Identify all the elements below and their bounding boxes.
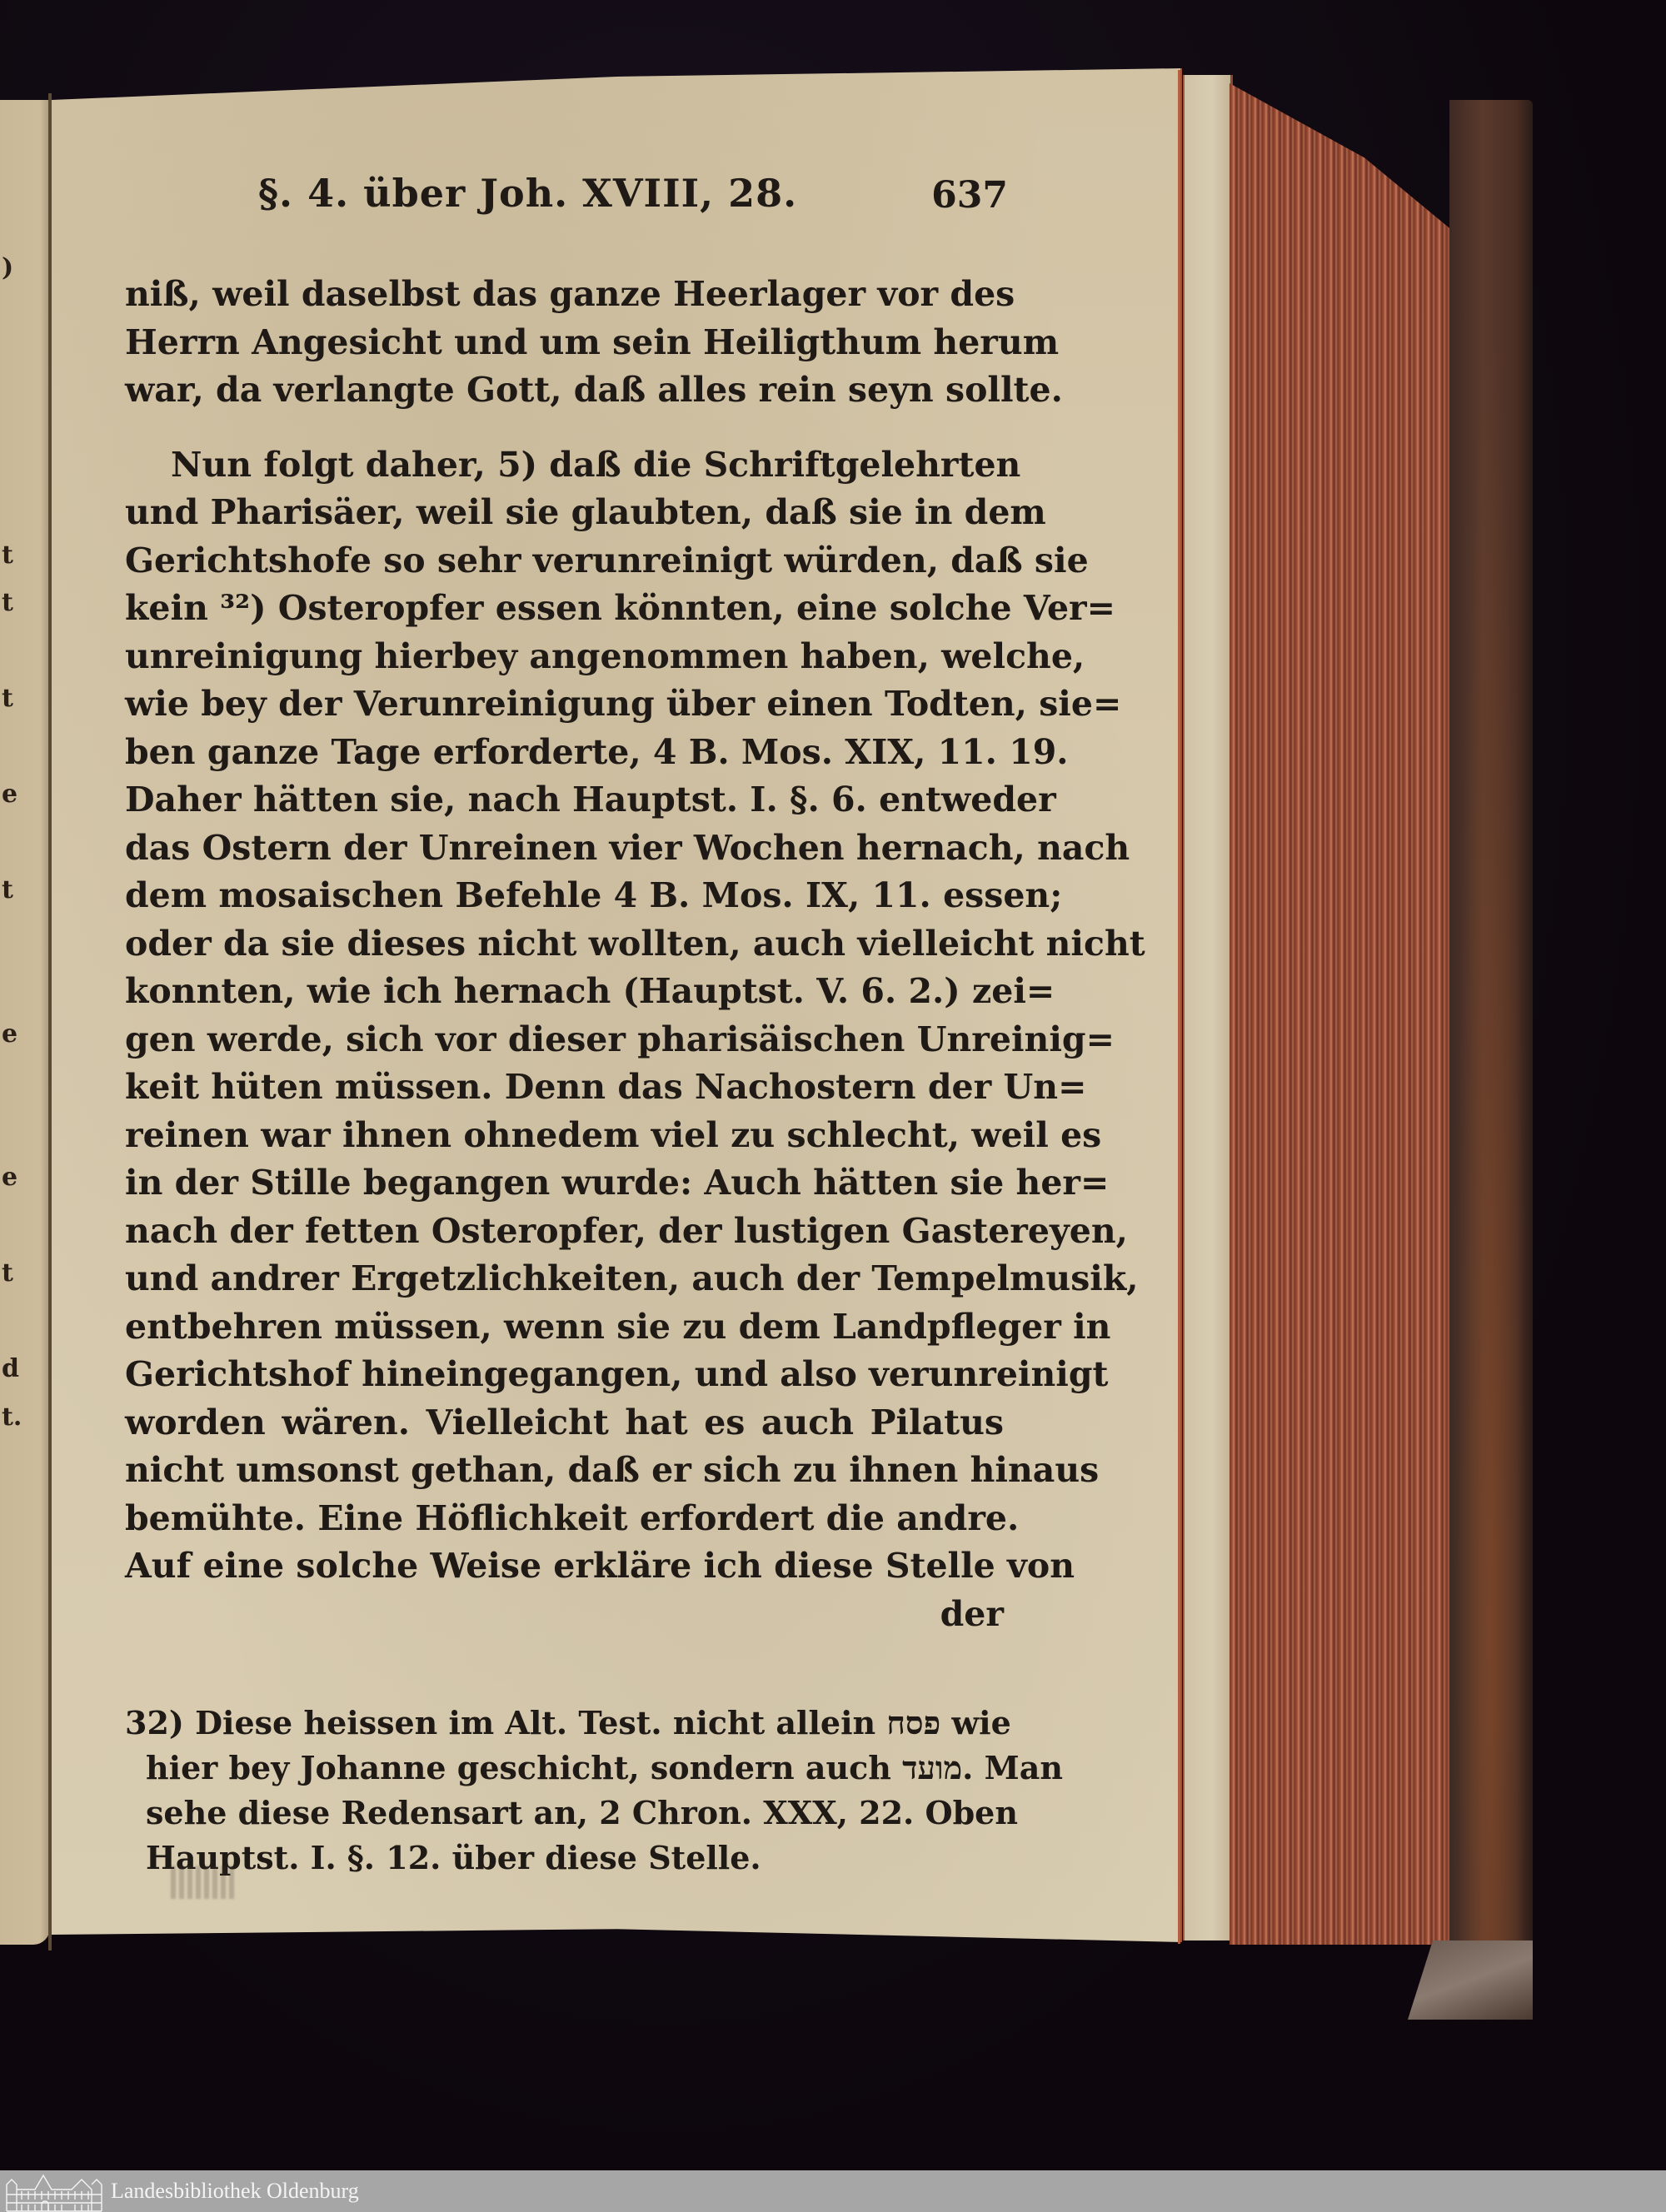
- text-line: worden wären. Vielleicht hat es auch Pil…: [125, 1399, 1004, 1447]
- book-cover: [1449, 100, 1533, 2015]
- left-page-glyph: [2, 196, 27, 244]
- left-page-glyph: t: [2, 531, 27, 580]
- text-line: Auf eine solche Weise erkläre ich diese …: [125, 1542, 1004, 1591]
- left-page-glyph: [2, 148, 27, 197]
- text-line: bemühte. Eine Höflichkeit erfordert die …: [125, 1495, 1004, 1543]
- footnote-32: 32) Diese heissen im Alt. Test. nicht al…: [125, 1701, 1004, 1881]
- text-line: reinen war ihnen ohnedem viel zu schlech…: [125, 1112, 1004, 1160]
- left-page-glyph: [2, 1298, 27, 1346]
- left-page-glyph: [2, 962, 27, 1010]
- text-line: Gerichtshofe so sehr verunreinigt würden…: [125, 537, 1004, 585]
- text-line: ben ganze Tage erforderte, 4 B. Mos. XIX…: [125, 729, 1004, 777]
- running-head-title: §. 4. über Joh. XVIII, 28.: [258, 171, 797, 216]
- left-page-glyph: [2, 1202, 27, 1250]
- catchword: der: [125, 1591, 1004, 1639]
- footnote-line: Hauptst. I. §. 12. über diese Stelle.: [125, 1836, 1004, 1881]
- text-line: Herrn Angesicht und um sein Heiligthum h…: [125, 319, 1004, 367]
- left-facing-page: )ttteteetdt.: [0, 100, 50, 1945]
- left-page-glyph: t.: [2, 1393, 27, 1442]
- left-page-glyph: ): [2, 244, 27, 292]
- left-page-glyph: e: [2, 1010, 27, 1059]
- paragraph-2: Nun folgt daher, 5) daß die Schriftgeleh…: [125, 441, 1004, 1591]
- left-page-glyph: [2, 1106, 27, 1154]
- text-line: Nun folgt daher, 5) daß die Schriftgeleh…: [125, 441, 1004, 490]
- text-line: nach der fetten Osteropfer, der lustigen…: [125, 1208, 1004, 1256]
- text-line: kein ³²) Osteropfer essen könnten, eine …: [125, 585, 1004, 633]
- footnote-line: sehe diese Redensart an, 2 Chron. XXX, 2…: [125, 1791, 1004, 1836]
- text-line: in der Stille begangen wurde: Auch hätte…: [125, 1159, 1004, 1208]
- text-line: entbehren müssen, wenn sie zu dem Landpf…: [125, 1303, 1004, 1352]
- left-page-glyph: t: [2, 866, 27, 914]
- text-line: Gerichtshof hineingegangen, und also ver…: [125, 1351, 1004, 1399]
- text-line: Daher hätten sie, nach Hauptst. I. §. 6.…: [125, 776, 1004, 825]
- text-line: konnten, wie ich hernach (Hauptst. V. 6.…: [125, 968, 1004, 1016]
- footnote-line: hier bey Johanne geschicht, sondern auch…: [125, 1746, 1004, 1791]
- library-building-icon: [5, 2173, 103, 2212]
- left-page-glyph: [2, 436, 27, 484]
- text-line: und Pharisäer, weil sie glaubten, daß si…: [125, 489, 1004, 537]
- text-line: und andrer Ergetzlichkeiten, auch der Te…: [125, 1255, 1004, 1303]
- text-line: war, da verlangte Gott, daß alles rein s…: [125, 366, 1004, 415]
- left-page-glyph: [2, 914, 27, 963]
- paragraph-1: niß, weil daselbst das ganze Heerlager v…: [125, 271, 1004, 415]
- left-page-glyph: [2, 723, 27, 771]
- left-page-glyph: [2, 1058, 27, 1106]
- left-page-glyph: [2, 100, 27, 148]
- body-text: niß, weil daselbst das ganze Heerlager v…: [125, 271, 1004, 1638]
- left-page-glyph: d: [2, 1345, 27, 1393]
- left-page-glyph: t: [2, 675, 27, 723]
- gutter: [48, 93, 52, 1950]
- footnote-line: 32) Diese heissen im Alt. Test. nicht al…: [125, 1701, 1004, 1746]
- text-line: wie bey der Verunreinigung über einen To…: [125, 680, 1004, 729]
- page-edge: [1178, 70, 1180, 1944]
- page-number: 637: [931, 174, 1008, 217]
- left-page-glyph: t: [2, 1249, 27, 1298]
- left-page-glyph: e: [2, 770, 27, 819]
- underlying-leaf: [1183, 75, 1233, 1940]
- text-line: unreinigung hierbey angenommen haben, we…: [125, 633, 1004, 681]
- show-through-text: [171, 1866, 237, 1899]
- text-line: das Ostern der Unreinen vier Wochen hern…: [125, 825, 1004, 873]
- text-line: nicht umsonst gethan, daß er sich zu ihn…: [125, 1447, 1004, 1495]
- text-line: keit hüten müssen. Denn das Nachostern d…: [125, 1064, 1004, 1112]
- left-page-glyph: [2, 483, 27, 531]
- left-page-glyph: [2, 387, 27, 436]
- paragraph-gap: [125, 415, 1004, 441]
- left-page-glyph: [2, 340, 27, 388]
- running-head: §. 4. über Joh. XVIII, 28. 637: [258, 171, 1008, 229]
- text-line: niß, weil daselbst das ganze Heerlager v…: [125, 271, 1004, 319]
- book-fore-edge: [1230, 83, 1454, 1945]
- left-page-glyph: e: [2, 1153, 27, 1202]
- institution-name: Landesbibliothek Oldenburg: [111, 2179, 359, 2204]
- text-line: oder da sie dieses nicht wollten, auch v…: [125, 920, 1004, 969]
- left-page-glyph: t: [2, 579, 27, 627]
- text-line: dem mosaischen Befehle 4 B. Mos. IX, 11.…: [125, 872, 1004, 920]
- left-page-glyph: [2, 627, 27, 675]
- left-page-glyph: [2, 291, 27, 340]
- left-page-glyph: [2, 819, 27, 867]
- text-line: gen werde, sich vor dieser pharisäischen…: [125, 1016, 1004, 1064]
- footer-bar: Landesbibliothek Oldenburg: [0, 2170, 1666, 2212]
- left-page-text-fragments: )ttteteetdt.: [2, 100, 27, 1945]
